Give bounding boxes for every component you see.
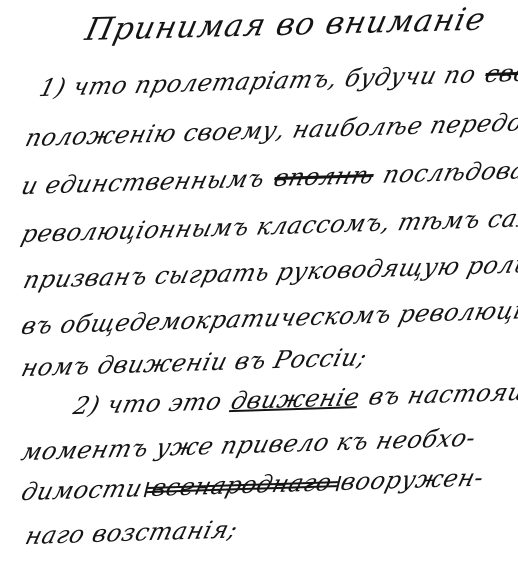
- struck-word: вполнѣ: [271, 161, 377, 192]
- manuscript-line-9: моментъ уже привело къ необхо-: [18, 424, 479, 466]
- line-text: димости: [18, 474, 145, 506]
- manuscript-line-11: наго возстанія;: [22, 515, 240, 550]
- manuscript-line-4: революціоннымъ классомъ, тѣмъ самымъ: [18, 202, 518, 248]
- line-text: послѣдовательно-: [380, 153, 518, 189]
- manuscript-line-1: 1) что пролетаріатъ, будучи посвоему: [36, 57, 518, 102]
- manuscript-title: Принимая во вниманіе: [82, 1, 490, 48]
- line-text: въ настоящій: [366, 377, 518, 411]
- line-text: и единственнымъ: [18, 164, 268, 200]
- line-text: 2) что это: [70, 387, 225, 420]
- line-text: 1) что пролетаріатъ, будучи по: [36, 60, 479, 102]
- double-struck-word: всенароднаго: [149, 468, 336, 502]
- manuscript-line-2: положенію своему, наиболѣе передовымъ: [22, 106, 518, 152]
- manuscript-page: Принимая во вниманіе 1) что пролетаріатъ…: [0, 0, 518, 565]
- manuscript-line-10: димостивсенароднаговооружен-: [18, 463, 487, 506]
- struck-word: своему: [482, 57, 518, 88]
- manuscript-line-5: призванъ сыграть руководящую роль: [20, 250, 518, 294]
- manuscript-line-8: 2) что этодвиженіевъ настоящій: [70, 377, 518, 420]
- manuscript-line-3: и единственнымъвполнѣпослѣдовательно-: [18, 153, 518, 200]
- line-text: вооружен-: [338, 463, 487, 496]
- manuscript-line-6: въ общедемократическомъ революціон-: [18, 295, 518, 340]
- manuscript-line-7: номъ движеніи въ Россіи;: [18, 343, 370, 382]
- underlined-word: движеніе: [228, 383, 363, 415]
